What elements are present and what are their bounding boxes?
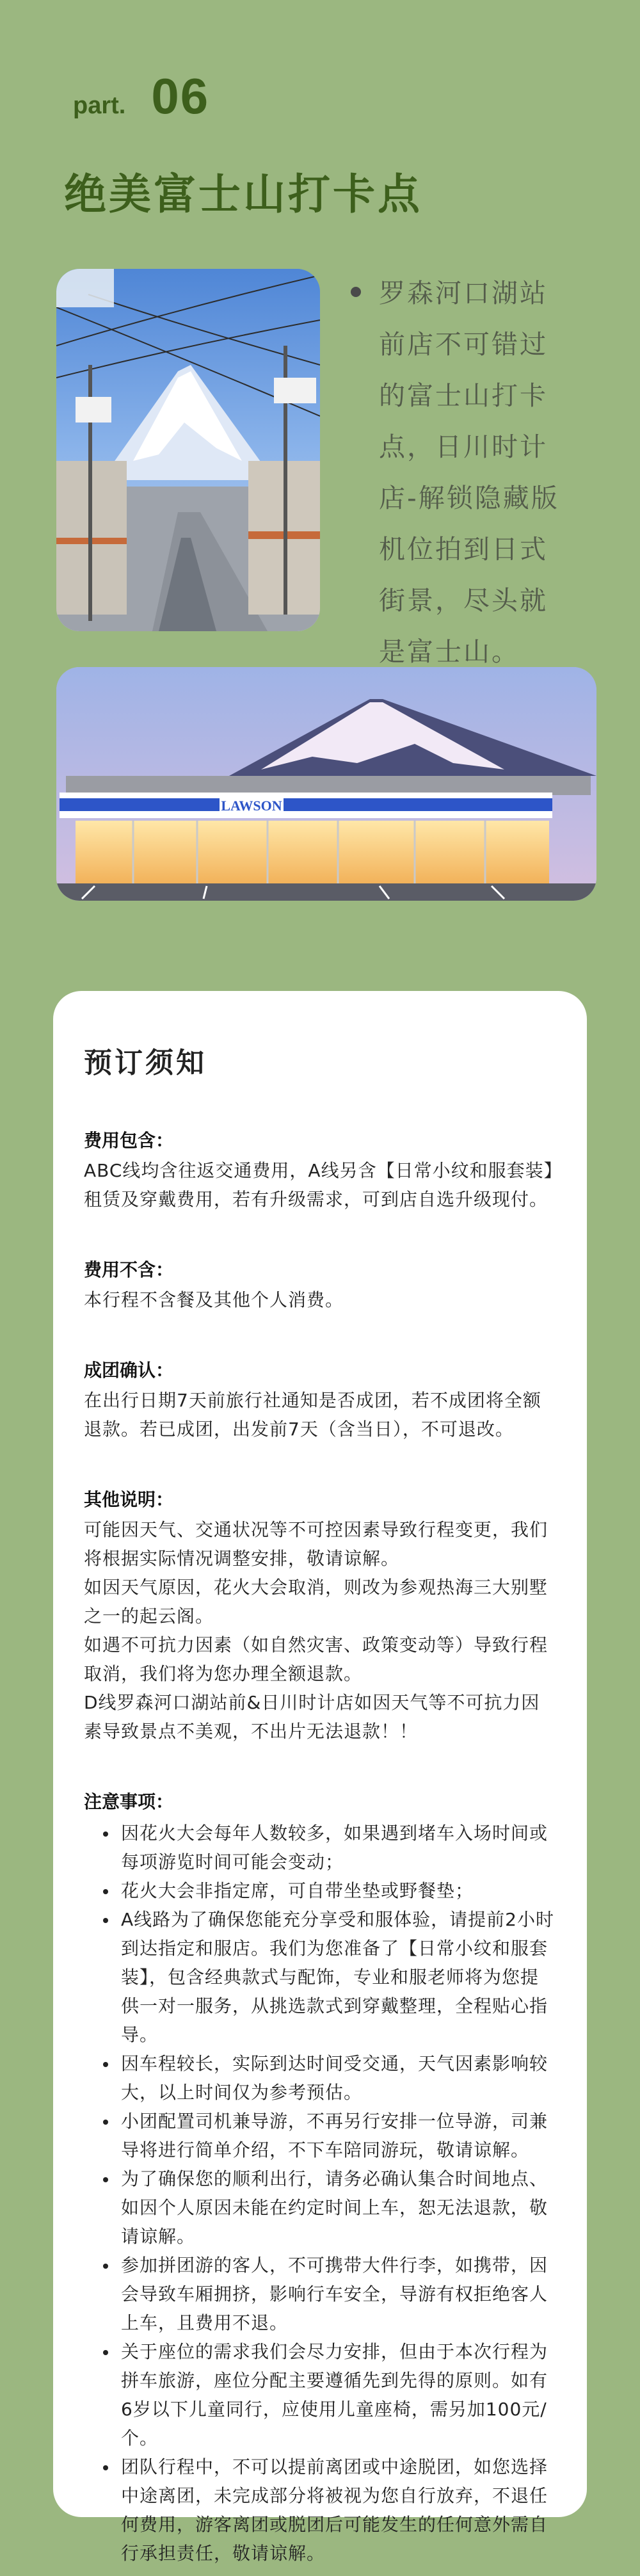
section-precautions: 注意事项： 因花火大会每年人数较多，如果遇到堵车入场时间或每项游览时间可能会变动… [84,1787,556,2568]
bullet-icon [103,1918,108,1923]
part-header: part. 06 [73,67,209,125]
booking-notice-title: 预订须知 [84,1040,556,1081]
bullet-icon [351,287,361,297]
section-fee-excluded: 费用不含： 本行程不含餐及其他个人消费。 [84,1255,556,1314]
list-item: 因花火大会每年人数较多，如果遇到堵车入场时间或每项游览时间可能会变动； [103,1819,556,1876]
part-label: part. [73,92,125,120]
section-heading: 其他说明： [84,1485,556,1515]
list-item: 参加拼团游的客人，不可携带大件行李，如携带，因会导致车厢拥挤，影响行车安全，导游… [103,2251,556,2337]
section-text: 如因天气原因，花火大会取消，则改为参观热海三大别墅之一的起云阁。 [84,1573,556,1630]
bullet-icon [103,2062,108,2067]
section-other-notes: 其他说明： 可能因天气、交通状况等不可控因素导致行程变更，我们将根据实际情况调整… [84,1485,556,1746]
bullet-icon [103,2120,108,2125]
list-item: 因车程较长，实际到达时间受交通，天气因素影响较大，以上时间仅为参考预估。 [103,2049,556,2107]
list-item: 团队行程中，不可以提前离团或中途脱团，如您选择中途离团，未完成部分将被视为您自行… [103,2452,556,2568]
section-text: 本行程不含餐及其他个人消费。 [84,1285,556,1314]
section-heading: 费用包含： [84,1125,556,1156]
section-fee-included: 费用包含： ABC线均含往返交通费用，A线另含【日常小纹和服套装】租赁及穿戴费用… [84,1125,556,1214]
street-fuji-illustration [56,269,320,631]
list-item: 小团配置司机兼导游，不再另行安排一位导游，司兼导将进行简单介绍，不下车陪同游玩，… [103,2107,556,2164]
bullet-icon [103,1831,108,1837]
bullet-icon [103,2177,108,2182]
booking-notice-card: 预订须知 费用包含： ABC线均含往返交通费用，A线另含【日常小纹和服套装】租赁… [53,991,587,2517]
list-item: 为了确保您的顺利出行，请务必确认集合时间地点、如因个人原因未能在约定时间上车，恕… [103,2164,556,2251]
section-text: 在出行日期7天前旅行社通知是否成团，若不成团将全额退款。若已成团，出发前7天（含… [84,1386,556,1444]
section-text: 如遇不可抗力因素（如自然灾害、政策变动等）导致行程取消，我们将为您办理全额退款。 [84,1630,556,1688]
feature-description-text: 罗森河口湖站前店不可错过的富士山打卡点，日川时计店-解锁隐藏版机位拍到日式街景，… [379,268,575,677]
lawson-fuji-photo: LAWSON [56,667,596,901]
bullet-icon [103,2465,108,2470]
feature-description: 罗森河口湖站前店不可错过的富士山打卡点，日川时计店-解锁隐藏版机位拍到日式街景，… [351,268,575,677]
section-group-confirmation: 成团确认： 在出行日期7天前旅行社通知是否成团，若不成团将全额退款。若已成团，出… [84,1355,556,1444]
lawson-fuji-illustration: LAWSON [56,667,596,901]
list-item: 花火大会非指定席，可自带坐垫或野餐垫； [103,1876,556,1905]
section-heading: 费用不含： [84,1255,556,1285]
section-text: D线罗森河口湖站前&日川时计店如因天气等不可抗力因素导致景点不美观，不出片无法退… [84,1688,556,1746]
list-item: 关于座位的需求我们会尽力安排，但由于本次行程为拼车旅游，座位分配主要遵循先到先得… [103,2337,556,2452]
list-item: A线路为了确保您能充分享受和服体验，请提前2小时到达指定和服店。我们为您准备了【… [103,1905,556,2049]
section-heading: 注意事项： [84,1787,556,1817]
street-fuji-photo [56,269,320,631]
page-title: 绝美富士山打卡点 [64,160,422,221]
section-heading: 成团确认： [84,1355,556,1386]
precautions-list: 因花火大会每年人数较多，如果遇到堵车入场时间或每项游览时间可能会变动； 花火大会… [84,1819,556,2568]
section-text: ABC线均含往返交通费用，A线另含【日常小纹和服套装】租赁及穿戴费用，若有升级需… [84,1156,556,1214]
bullet-icon [103,1889,108,1894]
bullet-icon [103,2350,108,2355]
section-text: 可能因天气、交通状况等不可控因素导致行程变更，我们将根据实际情况调整安排，敬请谅… [84,1515,556,1573]
svg-text:LAWSON: LAWSON [221,798,282,814]
part-number: 06 [151,67,209,125]
bullet-icon [103,2264,108,2269]
